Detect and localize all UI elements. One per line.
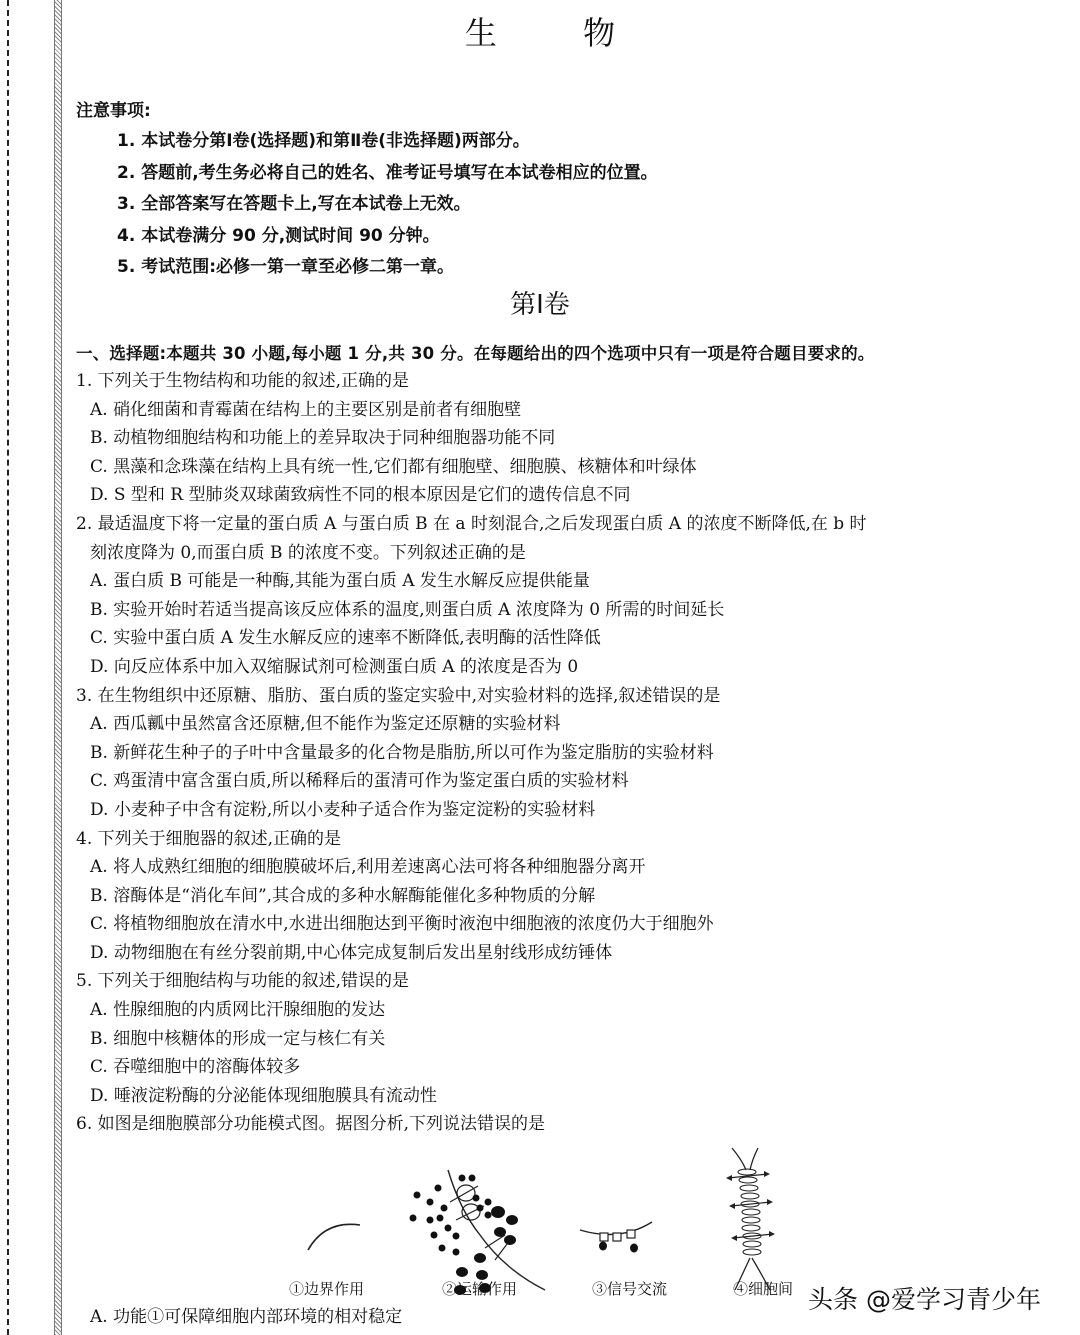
notice-item: 4. 本试卷满分 90 分,测试时间 90 分钟。 [117, 221, 658, 253]
binding-hatched-margin [54, 0, 62, 1335]
figure-label-boundary: ①边界作用 [289, 1278, 364, 1299]
question-stem: 1. 下列关于生物结构和功能的叙述,正确的是 [76, 367, 1066, 396]
paper-title: 生 物 [0, 8, 1080, 54]
figure-label-signal: ③信号交流 [592, 1278, 667, 1299]
question-option: A. 西瓜瓤中虽然富含还原糖,但不能作为鉴定还原糖的实验材料 [76, 710, 1066, 739]
membrane-transport-diagram [410, 1170, 546, 1295]
notice-item: 1. 本试卷分第Ⅰ卷(选择题)和第Ⅱ卷(非选择题)两部分。 [117, 126, 658, 158]
section-heading: 一、选择题:本题共 30 小题,每小题 1 分,共 30 分。在每题给出的四个选… [76, 340, 875, 364]
question-option: A. 功能①可保障细胞内部环境的相对稳定 [90, 1302, 402, 1327]
notice-list: 1. 本试卷分第Ⅰ卷(选择题)和第Ⅱ卷(非选择题)两部分。 2. 答题前,考生务… [117, 126, 658, 284]
question-option: C. 吞噬细胞中的溶酶体较多 [76, 1053, 1066, 1082]
question-stem: 5. 下列关于细胞结构与功能的叙述,错误的是 [76, 967, 1066, 996]
question-stem: 4. 下列关于细胞器的叙述,正确的是 [76, 825, 1066, 854]
question-stem: 2. 最适温度下将一定量的蛋白质 A 与蛋白质 B 在 a 时刻混合,之后发现蛋… [76, 510, 1066, 539]
watermark: 头条 @爱学习青少年 [808, 1280, 1041, 1316]
question-option: D. 唾液淀粉酶的分泌能体现细胞膜具有流动性 [76, 1082, 1066, 1111]
question-option: C. 黑藻和念珠藻在结构上具有统一性,它们都有细胞壁、细胞膜、核糖体和叶绿体 [76, 453, 1066, 482]
question-option: B. 动植物细胞结构和功能上的差异取决于同种细胞器功能不同 [76, 424, 1066, 453]
question-option: B. 实验开始时若适当提高该反应体系的温度,则蛋白质 A 浓度降为 0 所需的时… [76, 596, 1066, 625]
intercellular-channel-diagram [726, 1148, 775, 1290]
question-option: B. 新鲜花生种子的子叶中含量最多的化合物是脂肪,所以可作为鉴定脂肪的实验材料 [76, 739, 1066, 768]
binding-dashed-line [7, 0, 9, 1335]
question-option: A. 蛋白质 B 可能是一种酶,其能为蛋白质 A 发生水解反应提供能量 [76, 567, 1066, 596]
question-option: A. 硝化细菌和青霉菌在结构上的主要区别是前者有细胞壁 [76, 396, 1066, 425]
figure-label-transport: ②运输作用 [442, 1278, 517, 1299]
notice-item: 5. 考试范围:必修一第一章至必修二第一章。 [117, 252, 658, 284]
notice-item: 2. 答题前,考生务必将自己的姓名、准考证号填写在本试卷相应的位置。 [117, 158, 658, 190]
question-option: D. 向反应体系中加入双缩脲试剂可检测蛋白质 A 的浓度是否为 0 [76, 653, 1066, 682]
question-stem: 6. 如图是细胞膜部分功能模式图。据图分析,下列说法错误的是 [76, 1110, 1066, 1139]
notice-heading: 注意事项: [76, 96, 151, 121]
volume-title: 第Ⅰ卷 [0, 284, 1080, 321]
question-list: 1. 下列关于生物结构和功能的叙述,正确的是 A. 硝化细菌和青霉菌在结构上的主… [76, 367, 1066, 1139]
membrane-boundary-diagram [308, 1224, 360, 1250]
question-option: D. 动物细胞在有丝分裂前期,中心体完成复制后发出星射线形成纺锤体 [76, 939, 1066, 968]
signal-exchange-diagram [580, 1222, 652, 1253]
question-stem: 3. 在生物组织中还原糖、脂肪、蛋白质的鉴定实验中,对实验材料的选择,叙述错误的… [76, 682, 1066, 711]
question-option: D. S 型和 R 型肺炎双球菌致病性不同的根本原因是它们的遗传信息不同 [76, 481, 1066, 510]
question-option: B. 溶酶体是“消化车间”,其合成的多种水解酶能催化多种物质的分解 [76, 882, 1066, 911]
notice-item: 3. 全部答案写在答题卡上,写在本试卷上无效。 [117, 189, 658, 221]
question-option: A. 性腺细胞的内质网比汗腺细胞的发达 [76, 996, 1066, 1025]
question-option: D. 小麦种子中含有淀粉,所以小麦种子适合作为鉴定淀粉的实验材料 [76, 796, 1066, 825]
question-option: A. 将人成熟红细胞的细胞膜破坏后,利用差速离心法可将各种细胞器分离开 [76, 853, 1066, 882]
question-option: C. 鸡蛋清中富含蛋白质,所以稀释后的蛋清可作为鉴定蛋白质的实验材料 [76, 767, 1066, 796]
figure-label-intercellular: ④细胞间 [733, 1278, 793, 1299]
question-option: C. 将植物细胞放在清水中,水进出细胞达到平衡时液泡中细胞液的浓度仍大于细胞外 [76, 910, 1066, 939]
question-option: C. 实验中蛋白质 A 发生水解反应的速率不断降低,表明酶的活性降低 [76, 624, 1066, 653]
question-stem-continued: 刻浓度降为 0,而蛋白质 B 的浓度不变。下列叙述正确的是 [76, 539, 1066, 568]
question-option: B. 细胞中核糖体的形成一定与核仁有关 [76, 1025, 1066, 1054]
